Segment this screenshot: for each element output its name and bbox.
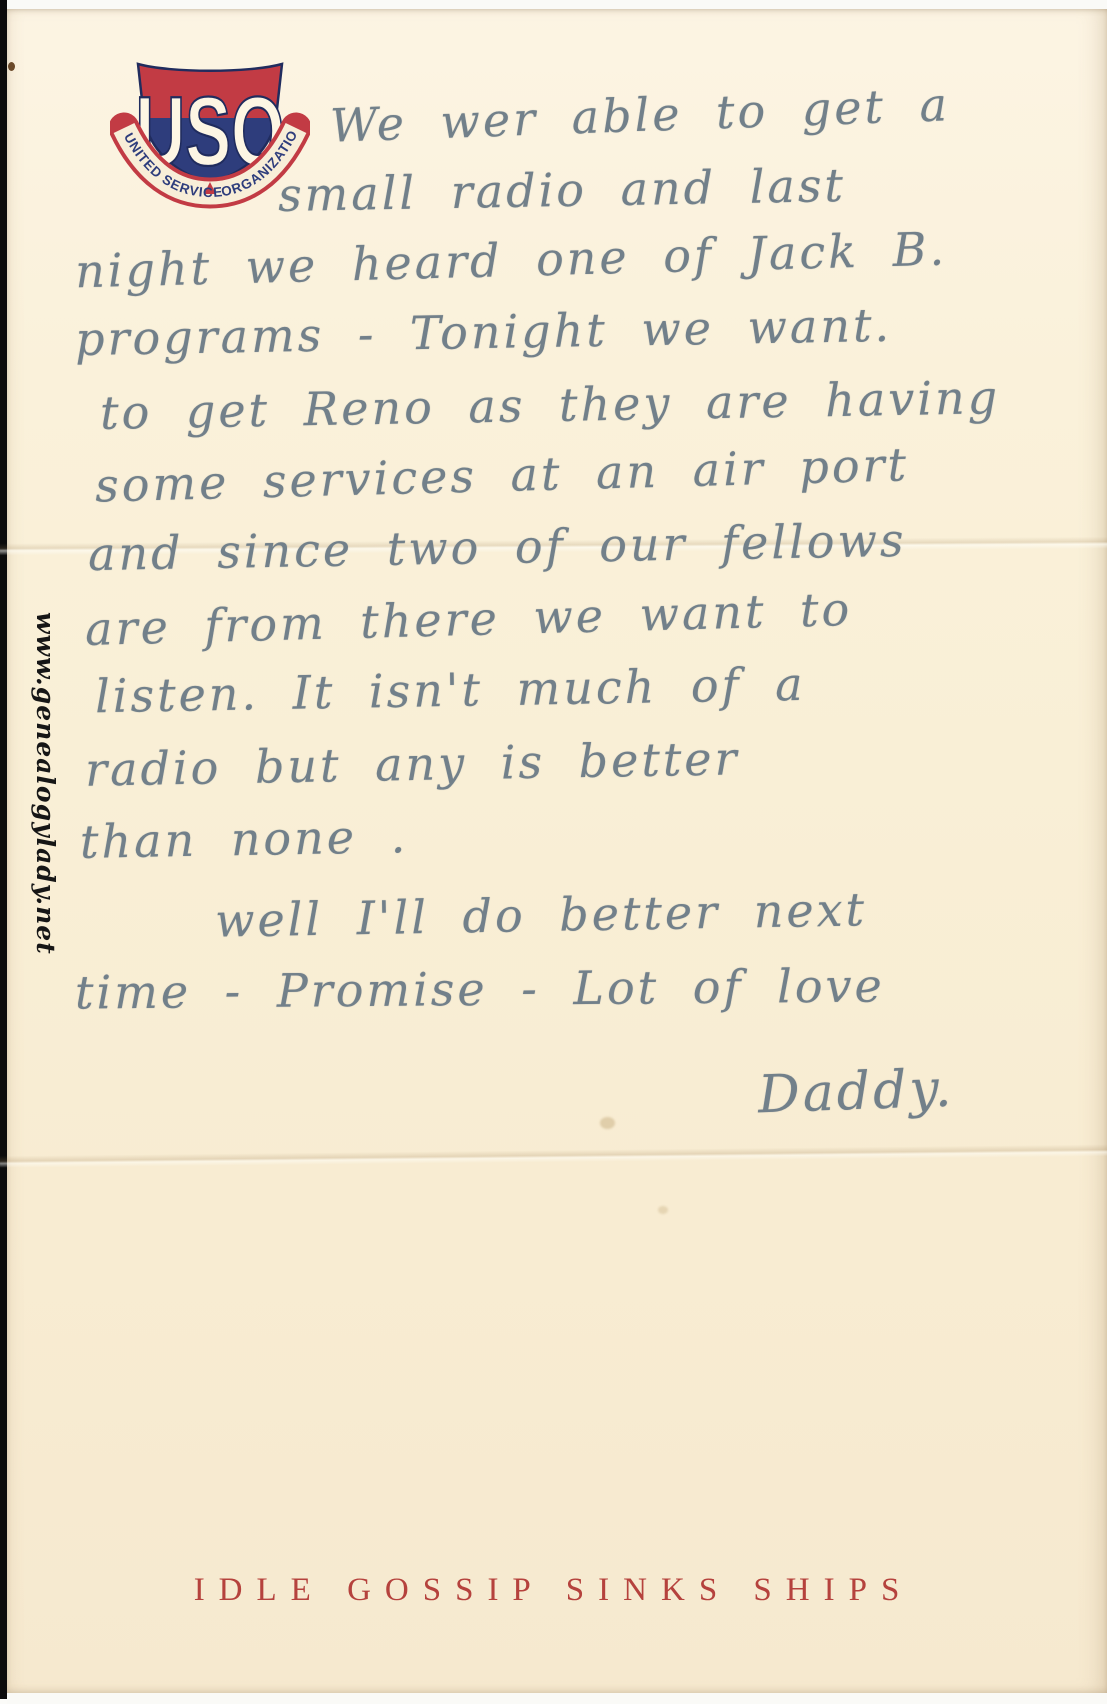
scanner-edge-shadow xyxy=(0,0,7,1699)
scan-margin-top xyxy=(7,0,1107,9)
scan-margin-bottom xyxy=(7,1693,1107,1704)
handwritten-line: than none . xyxy=(80,809,409,869)
handwritten-line: small radio and last xyxy=(278,158,847,222)
slogan-text: IDLE GOSSIP SINKS SHIPS xyxy=(0,1572,1107,1609)
signature: Daddy. xyxy=(757,1059,955,1126)
watermark: www.genealogylady.net xyxy=(31,612,60,955)
handwritten-line: radio but any is better xyxy=(85,731,740,796)
handwritten-line: time - Promise - Lot of love xyxy=(75,958,885,1019)
handwritten-line: well I'll do better next xyxy=(215,882,868,947)
